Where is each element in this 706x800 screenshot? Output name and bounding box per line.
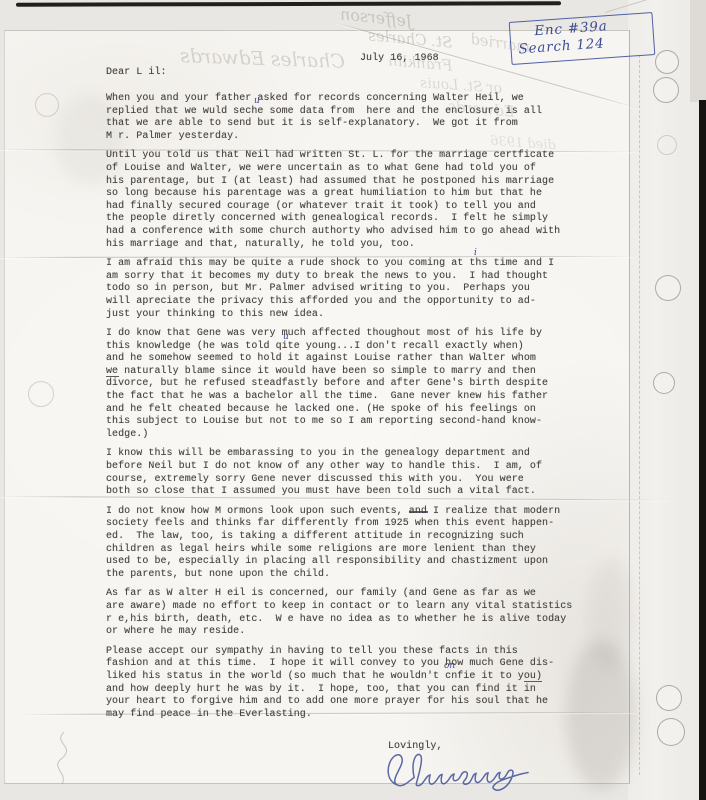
- letter-date: July 16, 1968: [360, 53, 439, 64]
- letter-line: As far as W alter H eil is concerned, ou…: [106, 588, 572, 601]
- letter-line: divorce, but he refused steadfastly befo…: [106, 378, 572, 391]
- letter-line: had finally secured courage (or whatever…: [106, 201, 572, 214]
- letter-line: of Louise and Walter, we were uncertain …: [106, 163, 572, 176]
- letter-line: or where he may reside.: [106, 626, 572, 639]
- letter-line: used to be, especially in placing all re…: [106, 556, 572, 569]
- letter-line: Please accept our sympathy in having to …: [106, 646, 572, 659]
- letter-line: that we are able to send but it is self-…: [106, 118, 572, 131]
- letter-paragraph: As far as W alter H eil is concerned, ou…: [106, 588, 572, 638]
- letter-line: children as legal heirs while some relig…: [106, 544, 572, 557]
- letter-paragraph: I know this will be embarassing to you i…: [106, 448, 572, 498]
- letter-line: ledge.): [106, 429, 572, 442]
- inserted-letter-mark: u: [283, 333, 289, 341]
- letter-line: fashion and at this time. I hope it will…: [106, 658, 572, 671]
- letter-line: r e,his birth, death, etc. W e have no i…: [106, 614, 572, 627]
- punch-hole: [655, 50, 679, 74]
- letter-line: course, extremely sorry Gene never discu…: [106, 474, 572, 487]
- letter-paragraph: I do not know how M ormons look upon suc…: [106, 506, 572, 582]
- scan-smudge: [588, 560, 632, 670]
- letter-line: the people diretly concerned with geneal…: [106, 213, 572, 226]
- letter-line: may find peace in the Everlasting.: [106, 709, 572, 722]
- punch-hole: [657, 718, 685, 746]
- letter-line: Until you told us that Neil had written …: [106, 150, 572, 163]
- letter-line: your heart to forgive him and to add one…: [106, 696, 572, 709]
- letter-line: replied that we wuld seche some data fro…: [106, 106, 572, 119]
- letter-line: and he felt cheated because he lacked on…: [106, 404, 572, 417]
- punch-hole: [653, 77, 679, 103]
- letter-line: before Neil but I do not know of any oth…: [106, 461, 572, 474]
- punch-hole: [656, 685, 682, 711]
- letter-line: am sorry that it becomes my duty to brea…: [106, 271, 572, 284]
- letter-line: society feels and thinks far differently…: [106, 518, 572, 531]
- letter-line: When you and your father asked for recor…: [106, 93, 572, 106]
- scan-margin: [690, 0, 706, 102]
- underline-mark: [106, 376, 119, 377]
- punch-hole: [28, 381, 54, 407]
- scanned-letter-document: JeffersonSt. CharlesFranklinCharles Edwa…: [0, 0, 706, 800]
- letter-line: liked his status in the world (so much t…: [106, 671, 572, 684]
- signature-llewellyn: [380, 743, 534, 800]
- letter-line: I am afraid this may be quite a rude sho…: [106, 258, 572, 271]
- letter-line: the fact that he was a bachelor all the …: [106, 391, 572, 404]
- scan-edge-artifact: [16, 1, 561, 6]
- letter-paragraph: Until you told us that Neil had written …: [106, 150, 572, 251]
- letter-paragraph: When you and your father asked for recor…: [106, 93, 572, 143]
- punch-hole: [657, 135, 677, 155]
- letter-line: the parents, but none upon the child.: [106, 569, 572, 582]
- signature-name: Llewellyn: [0, 0, 1, 1]
- letter-paragraph: Please accept our sympathy in having to …: [106, 646, 572, 722]
- punch-hole: [653, 372, 675, 394]
- letter-line: this subject to Louise but not to me so …: [106, 416, 572, 429]
- punch-hole: [655, 275, 681, 301]
- letter-line: we naturally blame since it would have b…: [106, 366, 572, 379]
- letter-line: just your thinking to this new idea.: [106, 309, 572, 322]
- letter-salutation: Dear L il:: [106, 67, 167, 78]
- letter-line: ed. The law, too, is taking a different …: [106, 531, 572, 544]
- inserted-letter-mark: i: [474, 249, 477, 257]
- letter-body: When you and your father asked for recor…: [106, 93, 572, 728]
- binding-perforation: [639, 55, 640, 775]
- punch-hole: [35, 93, 59, 117]
- letter-line: will apreciate the privacy this afforded…: [106, 296, 572, 309]
- letter-paragraph: I do know that Gene was very much affect…: [106, 328, 572, 441]
- inserted-letter-mark: on: [444, 662, 455, 670]
- inserted-letter-mark: u: [254, 97, 260, 105]
- strikethrough-mark: [409, 511, 428, 513]
- underline-mark: [524, 681, 542, 682]
- letter-line: todo so in person, but Mr. Palmer advise…: [106, 283, 572, 296]
- letter-line: I do not know how M ormons look upon suc…: [106, 506, 572, 519]
- pencil-squiggle: [50, 728, 110, 788]
- letter-line: his marriage and that, naturally, he tol…: [106, 239, 572, 252]
- letter-line: M r. Palmer yesterday.: [106, 131, 572, 144]
- letter-line: and he somehow seemed to hold it against…: [106, 353, 572, 366]
- letter-line: I do know that Gene was very much affect…: [106, 328, 572, 341]
- letter-line: both so close that I assumed you must ha…: [106, 486, 572, 499]
- letter-line: had a conference with some church author…: [106, 226, 572, 239]
- letter-line: this knowledge (he was told qite young..…: [106, 341, 572, 354]
- letter-line: I know this will be embarassing to you i…: [106, 448, 572, 461]
- scan-dark-edge: [699, 100, 706, 800]
- letter-line: his parentage, but I (at least) had assu…: [106, 176, 572, 189]
- letter-paragraph: I am afraid this may be quite a rude sho…: [106, 258, 572, 321]
- letter-line: are aware) made no effort to keep in con…: [106, 601, 572, 614]
- letter-line: and how deeply hurt he was by it. I hope…: [106, 684, 572, 697]
- inserted-letter-mark: ': [462, 537, 464, 545]
- letter-line: so long because his parentage was a grea…: [106, 188, 572, 201]
